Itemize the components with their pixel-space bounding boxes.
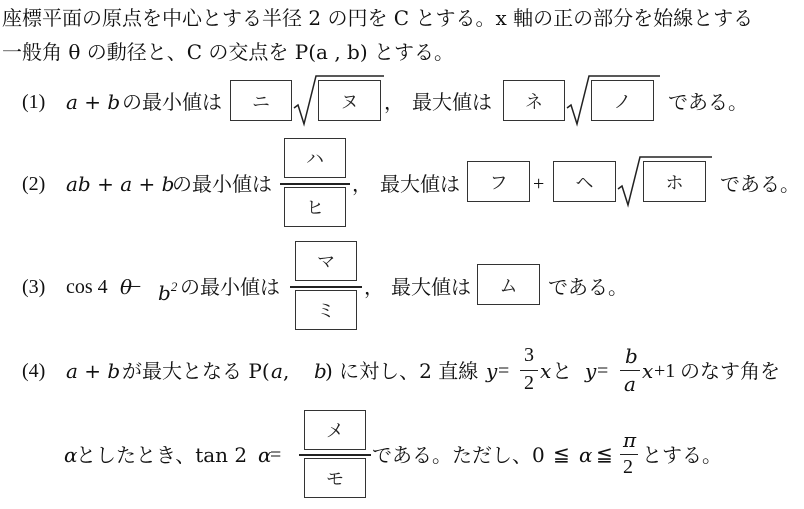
answer-box-ne[interactable]: ネ (503, 80, 565, 121)
answer-box-mu[interactable]: ム (477, 264, 540, 305)
fraction-bar (620, 370, 640, 371)
equals: = (597, 359, 608, 383)
frac-numerator: b (625, 344, 638, 368)
frac-denominator: 2 (524, 372, 534, 395)
var-y: y (585, 359, 596, 383)
answer-box-nu[interactable]: ヌ (318, 80, 381, 121)
fraction-bar (290, 286, 362, 288)
expression: a + b (66, 359, 120, 383)
question-number: (2) (22, 172, 45, 196)
expression-cos: cos 4 (66, 275, 108, 299)
expression: ab + a + b (66, 172, 174, 196)
text: , (283, 359, 289, 383)
plus-sign: + (533, 172, 544, 196)
text: のなす角を (680, 359, 780, 383)
frac-denominator: a (624, 372, 636, 396)
leq-sign: ≦ (596, 443, 613, 467)
text: としたとき、tan 2 (76, 443, 247, 467)
var-x: x (642, 359, 653, 383)
comma: ， (364, 275, 384, 299)
var-alpha: α (579, 443, 593, 467)
expression: a + b (66, 90, 120, 114)
answer-box-he[interactable]: ヘ (553, 161, 616, 202)
text-and: と (552, 359, 572, 383)
answer-box-hi[interactable]: ヒ (284, 187, 346, 227)
answer-box-fu[interactable]: フ (467, 161, 530, 202)
intro-line-2: 一般角 θ の動径と、C の交点を P(a , b) とする。 (2, 40, 454, 64)
fraction-bar (299, 454, 371, 456)
expression-minus: − (130, 275, 141, 299)
label-max: 最大値は (412, 90, 492, 114)
question-number: (4) (22, 359, 45, 383)
frac-numerator: 3 (524, 344, 534, 367)
var-a: a (271, 359, 283, 383)
pi-numerator: π (623, 428, 636, 452)
text: が最大となる P( (122, 359, 270, 383)
label-max: 最大値は (380, 172, 460, 196)
question-number: (1) (22, 90, 45, 114)
fraction-bar (620, 454, 638, 455)
label-min: の最小値は (180, 275, 280, 299)
label-min: の最小値は (122, 90, 222, 114)
fraction-bar (520, 370, 538, 371)
text: ) に対し、2 直線 (325, 359, 478, 383)
tail-text: である。 (668, 90, 748, 114)
leq-sign: ≦ (553, 443, 570, 467)
fraction-bar (280, 183, 350, 185)
comma: ， (352, 172, 372, 196)
answer-box-ha[interactable]: ハ (284, 138, 346, 178)
answer-box-ma[interactable]: マ (295, 241, 357, 281)
equals: = (498, 359, 509, 383)
expression-b: b2 (158, 275, 177, 305)
pi-denominator: 2 (623, 456, 633, 479)
plus-one: +1 (654, 359, 675, 383)
label-min: の最小値は (172, 172, 272, 196)
tail-text: である。 (720, 172, 800, 196)
answer-box-no[interactable]: ノ (591, 80, 654, 121)
equals: = (270, 443, 281, 467)
answer-box-mi[interactable]: ミ (295, 290, 357, 330)
answer-box-me[interactable]: メ (304, 410, 366, 450)
answer-box-ni[interactable]: ニ (230, 80, 292, 121)
tail-text: である。 (548, 275, 628, 299)
intro-line-1: 座標平面の原点を中心とする半径 2 の円を C とする。x 軸の正の部分を始線と… (2, 6, 753, 30)
answer-box-mo[interactable]: モ (304, 458, 366, 498)
comma: ， (384, 90, 404, 114)
var-x: x (540, 359, 551, 383)
text: である。ただし、0 (372, 443, 545, 467)
var-y: y (486, 359, 497, 383)
answer-box-ho[interactable]: ホ (643, 161, 706, 202)
text: とする。 (642, 443, 722, 467)
question-number: (3) (22, 275, 45, 299)
label-max: 最大値は (391, 275, 471, 299)
